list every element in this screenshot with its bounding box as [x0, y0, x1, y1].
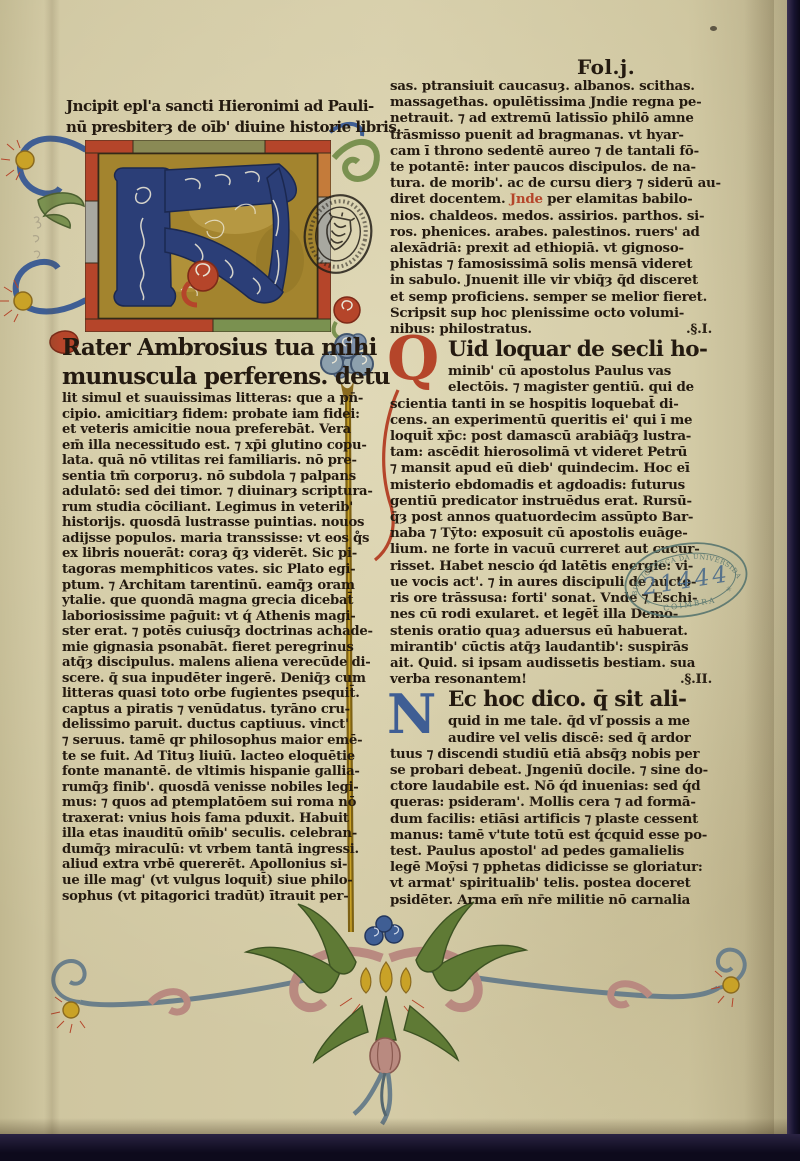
text-span: ctore laudabile est. Nō q́d inuenias: se…: [390, 778, 700, 794]
text-line: loquit̄ xp̄c: post damascū arabiāq̄ȝ lus…: [390, 428, 730, 444]
text-line: sas. ptransiuit caucasuȝ. albanos. scith…: [390, 78, 730, 94]
text-span: test. Paulus apostol' ad pedes gamalieli…: [390, 843, 684, 859]
text-line: fonte manantē. de vltimis hispanie galli…: [62, 764, 364, 780]
text-line: scientia tanti in se hospitis loquebat̄ …: [390, 396, 730, 412]
text-span: .§.II.: [680, 671, 712, 687]
text-line: aliud extra vrbē quererēt. Apollonius si…: [62, 857, 364, 873]
text-span: electōis. ⁊ magister gentiū. qui de: [448, 379, 694, 395]
text-span: dum facilis: etiāsi artificis ⁊ plaste c…: [390, 811, 698, 827]
text-span: nios. chaldeos. medos. assirios. parthos…: [390, 208, 704, 224]
text-line: risset. Habet nescio q́d latētis energie…: [390, 558, 730, 574]
text-line: lit simul et suauissimas litteras: que a…: [62, 391, 364, 407]
text-span: quid in me tale. q̄d vľ possis a me: [448, 713, 690, 729]
text-span: phistas ⁊ famosissimā solis mensā videre…: [390, 256, 692, 272]
text-line: lata. quā nō vtilitas rei familiaris. nō…: [62, 453, 364, 469]
text-span: Jnde: [510, 191, 543, 207]
folio-number: Fol.j.: [577, 55, 635, 79]
text-line: tagoras memphiticos vates. sic Plato egi…: [62, 562, 364, 578]
text-line: ex libris nouerāt: coraȝ q̄ȝ viderēt. Si…: [62, 546, 364, 562]
text-span: cam ī throno sedentē aureo ⁊ de tantali …: [390, 143, 699, 159]
text-line: in sabulo. Jnuenit ille vir vbiq̄ȝ q̄d d…: [390, 272, 730, 288]
text-line: quid in me tale. q̄d vľ possis a me: [390, 713, 730, 729]
text-line: nios. chaldeos. medos. assirios. parthos…: [390, 208, 730, 224]
text-line: te se fuit. Ad Tituȝ liuiū. lacteo eloqu…: [62, 749, 364, 765]
text-line: ptum. ⁊ Architam tarentinū. eamq̄ȝ oram: [62, 578, 364, 594]
text-line: stenis oratio quaȝ aduersus eū habuerat.: [390, 623, 730, 639]
text-span: gentiū predicator instruēdus erat. Rursū…: [390, 493, 692, 509]
text-line: ue vocis act'. ⁊ in aures discipuli de a…: [390, 574, 730, 590]
left-column-opening: Rater Ambrosius tua mihimunuscula perfer…: [62, 334, 364, 391]
text-line: psidēter. Arma em̄ nr̄e militie nō carna…: [390, 892, 730, 908]
text-span: lium. ne forte in vacuū curreret aut cuc…: [390, 541, 700, 557]
text-line: tura. de morib'. ac de cursu dierȝ ⁊ sid…: [390, 175, 730, 191]
text-line: em̄ illa necessitudo est. ⁊ xp̄i glutino…: [62, 438, 364, 454]
text-line: audire vel velis discē: sed q̄ ardor: [390, 730, 730, 746]
text-line: dum facilis: etiāsi artificis ⁊ plaste c…: [390, 811, 730, 827]
text-span: ris ore trāssusa: forti' sonat. Vnde ⁊ E…: [390, 590, 697, 606]
text-line: naba ⁊ Tȳto: exposuit cū apostolis euāge…: [390, 525, 730, 541]
text-line: misterio ebdomadis et agdoadis: futurus: [390, 477, 730, 493]
incipit-line-1: Jncipit epl'a sancti Hieronimi ad Pauli-: [66, 96, 368, 117]
text-span: ros. phenices. arabes. palestinos. ruers…: [390, 224, 700, 240]
text-line: cens. an experimentū queritis ei' qui ī …: [390, 412, 730, 428]
text-line: minib' cū apostolus Paulus vas: [390, 363, 730, 379]
text-line: trāsmisso puenit ad bragmanas. vt hyar-: [390, 127, 730, 143]
text-line: legē Moȳsi ⁊ pphetas didicisse se gloria…: [390, 859, 730, 875]
illuminated-initial-f: [85, 140, 331, 332]
text-line: manus: tamē v'tute totū est q́cquid esse…: [390, 827, 730, 843]
text-span: tura. de morib'. ac de cursu dierȝ ⁊ sid…: [390, 175, 721, 191]
text-span: scientia tanti in se hospitis loquebat̄ …: [390, 396, 679, 412]
photo-dark-edge-right: [787, 0, 800, 1161]
text-span: psidēter. Arma em̄ nr̄e militie nō carna…: [390, 892, 690, 908]
left-column-body: lit simul et suauissimas litteras: que a…: [62, 391, 364, 904]
text-line: adulatō: sed dei timor. ⁊ diuinarȝ scrip…: [62, 484, 364, 500]
text-line: historijs. quosdā lustrasse puintias. no…: [62, 515, 364, 531]
text-line: sophus (vt pitagorici tradūt) ītrauit pe…: [62, 889, 364, 905]
text-span: ait. Quid. si ipsam audissetis bestiam. …: [390, 655, 695, 671]
text-line: ⁊ mansit apud eū dieb' quindecim. Hoc eī: [390, 460, 730, 476]
text-line: adijsse populos. maria transsisse: vt eo…: [62, 531, 364, 547]
text-span: et semp proficiens. semper se melior fie…: [390, 289, 707, 305]
text-line: litteras quasi toto orbe fugientes psequ…: [62, 686, 364, 702]
text-line: se probari debeat. Jngeniū docile. ⁊ sin…: [390, 762, 730, 778]
incipit-heading: Jncipit epl'a sancti Hieronimi ad Pauli-…: [66, 96, 368, 138]
text-span: mirantib' cūctis atq̄ȝ laudantib': suspi…: [390, 639, 688, 655]
manuscript-page: { "page": { "folio": "Fol.j.", "incipit_…: [0, 0, 800, 1161]
section1-initial-q: Q: [387, 330, 439, 388]
text-line: lium. ne forte in vacuū curreret aut cuc…: [390, 541, 730, 557]
text-span: naba ⁊ Tȳto: exposuit cū apostolis euāge…: [390, 525, 688, 541]
text-span: ⁊ mansit apud eū dieb' quindecim. Hoc eī: [390, 460, 690, 476]
text-line: illa etas inauditū om̄ib' seculis. celeb…: [62, 826, 364, 842]
text-line: verba resonantem!.§.II.: [390, 671, 730, 687]
text-line: ⁊ seruus. tamē qr philosophus maior emē-: [62, 733, 364, 749]
text-line: te potantē: inter paucos discipulos. de …: [390, 159, 730, 175]
text-line: dumq̄ȝ miraculū: vt vrbem tantā ingressi…: [62, 842, 364, 858]
text-line: rum studia cōciliant. Legimus in veterib…: [62, 500, 364, 516]
text-span: se probari debeat. Jngeniū docile. ⁊ sin…: [390, 762, 708, 778]
text-line: gentiū predicator instruēdus erat. Rursū…: [390, 493, 730, 509]
text-span: Uid loquar de secli ho-: [448, 337, 707, 362]
text-span: tam: ascēdit hierosolimā vt videret Petr…: [390, 444, 687, 460]
text-line: mirantib' cūctis atq̄ȝ laudantib': suspi…: [390, 639, 730, 655]
text-line: scere. q̄ sua inpudēter ingerē. Deniq̄ȝ …: [62, 671, 364, 687]
pencil-marks: [33, 217, 41, 258]
page-edge-shading: [744, 0, 774, 1161]
bottom-floral-ornament: [51, 902, 745, 1124]
text-line: electōis. ⁊ magister gentiū. qui de: [390, 379, 730, 395]
text-line: ros. phenices. arabes. palestinos. ruers…: [390, 224, 730, 240]
text-span: audire vel velis discē: sed q̄ ardor: [448, 730, 691, 746]
text-span: vt armat' spiritualib' telis. postea doc…: [390, 875, 691, 891]
text-line: cam ī throno sedentē aureo ⁊ de tantali …: [390, 143, 730, 159]
page-bottom-shadow: [0, 1118, 800, 1134]
text-span: q̄ȝ post annos quatuordecim assūpto Bar-: [390, 509, 693, 525]
text-span: ue vocis act'. ⁊ in aures discipuli de a…: [390, 574, 696, 590]
text-line: ue ille mag' (vt vulgus loquit̄) siue ph…: [62, 873, 364, 889]
text-line: laboriosissime paḡuit: vt q́ Athenis mag…: [62, 609, 364, 625]
text-span: nes cū rodi exularet. et legēt̄ illa Dem…: [390, 606, 678, 622]
text-span: stenis oratio quaȝ aduersus eū habuerat.: [390, 623, 688, 639]
text-line: Ec hoc dico. q̄ sit ali-: [390, 687, 730, 713]
text-line: vt armat' spiritualib' telis. postea doc…: [390, 875, 730, 891]
text-line: diret docentem. Jnde per elamitas babilo…: [390, 191, 730, 207]
text-span: legē Moȳsi ⁊ pphetas didicisse se gloria…: [390, 859, 703, 875]
text-span: diret docentem.: [390, 191, 510, 207]
text-span: misterio ebdomadis et agdoadis: futurus: [390, 477, 685, 493]
ink-speck: [710, 26, 717, 31]
text-line: captus a piratis ⁊ venūdatus. tyrāno cru…: [62, 702, 364, 718]
text-span: trāsmisso puenit ad bragmanas. vt hyar-: [390, 127, 684, 143]
text-span: minib' cū apostolus Paulus vas: [448, 363, 671, 379]
text-line: Uid loquar de secli ho-: [390, 337, 730, 363]
text-line: tuus ⁊ discendi studiū etiā absq̄ȝ nobis…: [390, 746, 730, 762]
page-crease: [44, 0, 60, 1161]
left-text-column: Rater Ambrosius tua mihimunuscula perfer…: [62, 334, 364, 904]
text-span: manus: tamē v'tute totū est q́cquid esse…: [390, 827, 707, 843]
text-line: et semp proficiens. semper se melior fie…: [390, 289, 730, 305]
text-span: .§.I.: [686, 321, 712, 337]
text-line: ytalie. que quondā magna grecia dicebat̄: [62, 593, 364, 609]
text-line: Scripsit sup hoc plenissime octo volumi-: [390, 305, 730, 321]
photo-dark-edge-bottom: [0, 1134, 800, 1161]
text-line: Rater Ambrosius tua mihi: [62, 334, 364, 363]
text-line: rumq̄ȝ finib'. quosdā venisse nobiles le…: [62, 780, 364, 796]
text-line: test. Paulus apostol' ad pedes gamalieli…: [390, 843, 730, 859]
text-span: Scripsit sup hoc plenissime octo volumi-: [390, 305, 684, 321]
text-line: mie gignasia psonabāt. fieret peregrinus: [62, 640, 364, 656]
text-span: te potantē: inter paucos discipulos. de …: [390, 159, 696, 175]
text-span: cens. an experimentū queritis ei' qui ī …: [390, 412, 692, 428]
section2-initial-n: N: [387, 686, 436, 742]
text-line: sentia tm̄ corporuȝ. nō subdola ⁊ palpan…: [62, 469, 364, 485]
text-span: massagethas. opulētissima Jndie regna pe…: [390, 94, 701, 110]
text-line: nes cū rodi exularet. et legēt̄ illa Dem…: [390, 606, 730, 622]
right-text-column: sas. ptransiuit caucasuȝ. albanos. scith…: [390, 78, 730, 908]
text-line: q̄ȝ post annos quatuordecim assūpto Bar-: [390, 509, 730, 525]
text-span: risset. Habet nescio q́d latētis energie…: [390, 558, 693, 574]
incipit-line-2: nū presbiterȝ de oīb' diuine historie li…: [66, 117, 368, 138]
text-span: sas. ptransiuit caucasuȝ. albanos. scith…: [390, 78, 695, 94]
initial-right-curls: [330, 124, 377, 338]
text-line: netrauit. ⁊ ad extremū latissīo philō am…: [390, 110, 730, 126]
text-line: atq̄ȝ discipulus. malens aliena verecūde…: [62, 655, 364, 671]
text-line: et veteris amicitie noua preferebāt. Ver…: [62, 422, 364, 438]
text-line: ris ore trāssusa: forti' sonat. Vnde ⁊ E…: [390, 590, 730, 606]
text-line: delissimo paruit. ductus captiuus. vinct…: [62, 717, 364, 733]
text-line: massagethas. opulētissima Jndie regna pe…: [390, 94, 730, 110]
text-span: loquit̄ xp̄c: post damascū arabiāq̄ȝ lus…: [390, 428, 691, 444]
text-line: mus: ⁊ quos ad ptemplatōem sui roma nō: [62, 795, 364, 811]
text-line: nibus: philostratus..§.I.: [390, 321, 730, 337]
text-line: traxerat: vnius hois fama pduxit. Habuit: [62, 811, 364, 827]
text-line: cipio. amicitiarȝ fidem: probate iam fid…: [62, 407, 364, 423]
text-line: munuscula perferens. detu: [62, 363, 364, 392]
text-line: alexādriā: prexit ad ethiopiā. vt gignos…: [390, 240, 730, 256]
text-line: ctore laudabile est. Nō q́d inuenias: se…: [390, 778, 730, 794]
text-span: queras: psideram'. Mollis cera ⁊ ad form…: [390, 794, 696, 810]
text-span: per elamitas babilo-: [543, 191, 693, 207]
text-line: phistas ⁊ famosissimā solis mensā videre…: [390, 256, 730, 272]
text-span: netrauit. ⁊ ad extremū latissīo philō am…: [390, 110, 694, 126]
text-span: in sabulo. Jnuenit ille vir vbiq̄ȝ q̄d d…: [390, 272, 698, 288]
text-line: ait. Quid. si ipsam audissetis bestiam. …: [390, 655, 730, 671]
text-line: tam: ascēdit hierosolimā vt videret Petr…: [390, 444, 730, 460]
left-margin-vine-upper: [0, 139, 86, 354]
text-span: tuus ⁊ discendi studiū etiā absq̄ȝ nobis…: [390, 746, 699, 762]
text-line: queras: psideram'. Mollis cera ⁊ ad form…: [390, 794, 730, 810]
text-line: ster erat. ⁊ potēs cuiusq̄ȝ doctrinas ac…: [62, 624, 364, 640]
text-span: alexādriā: prexit ad ethiopiā. vt gignos…: [390, 240, 684, 256]
text-span: Ec hoc dico. q̄ sit ali-: [448, 687, 686, 712]
